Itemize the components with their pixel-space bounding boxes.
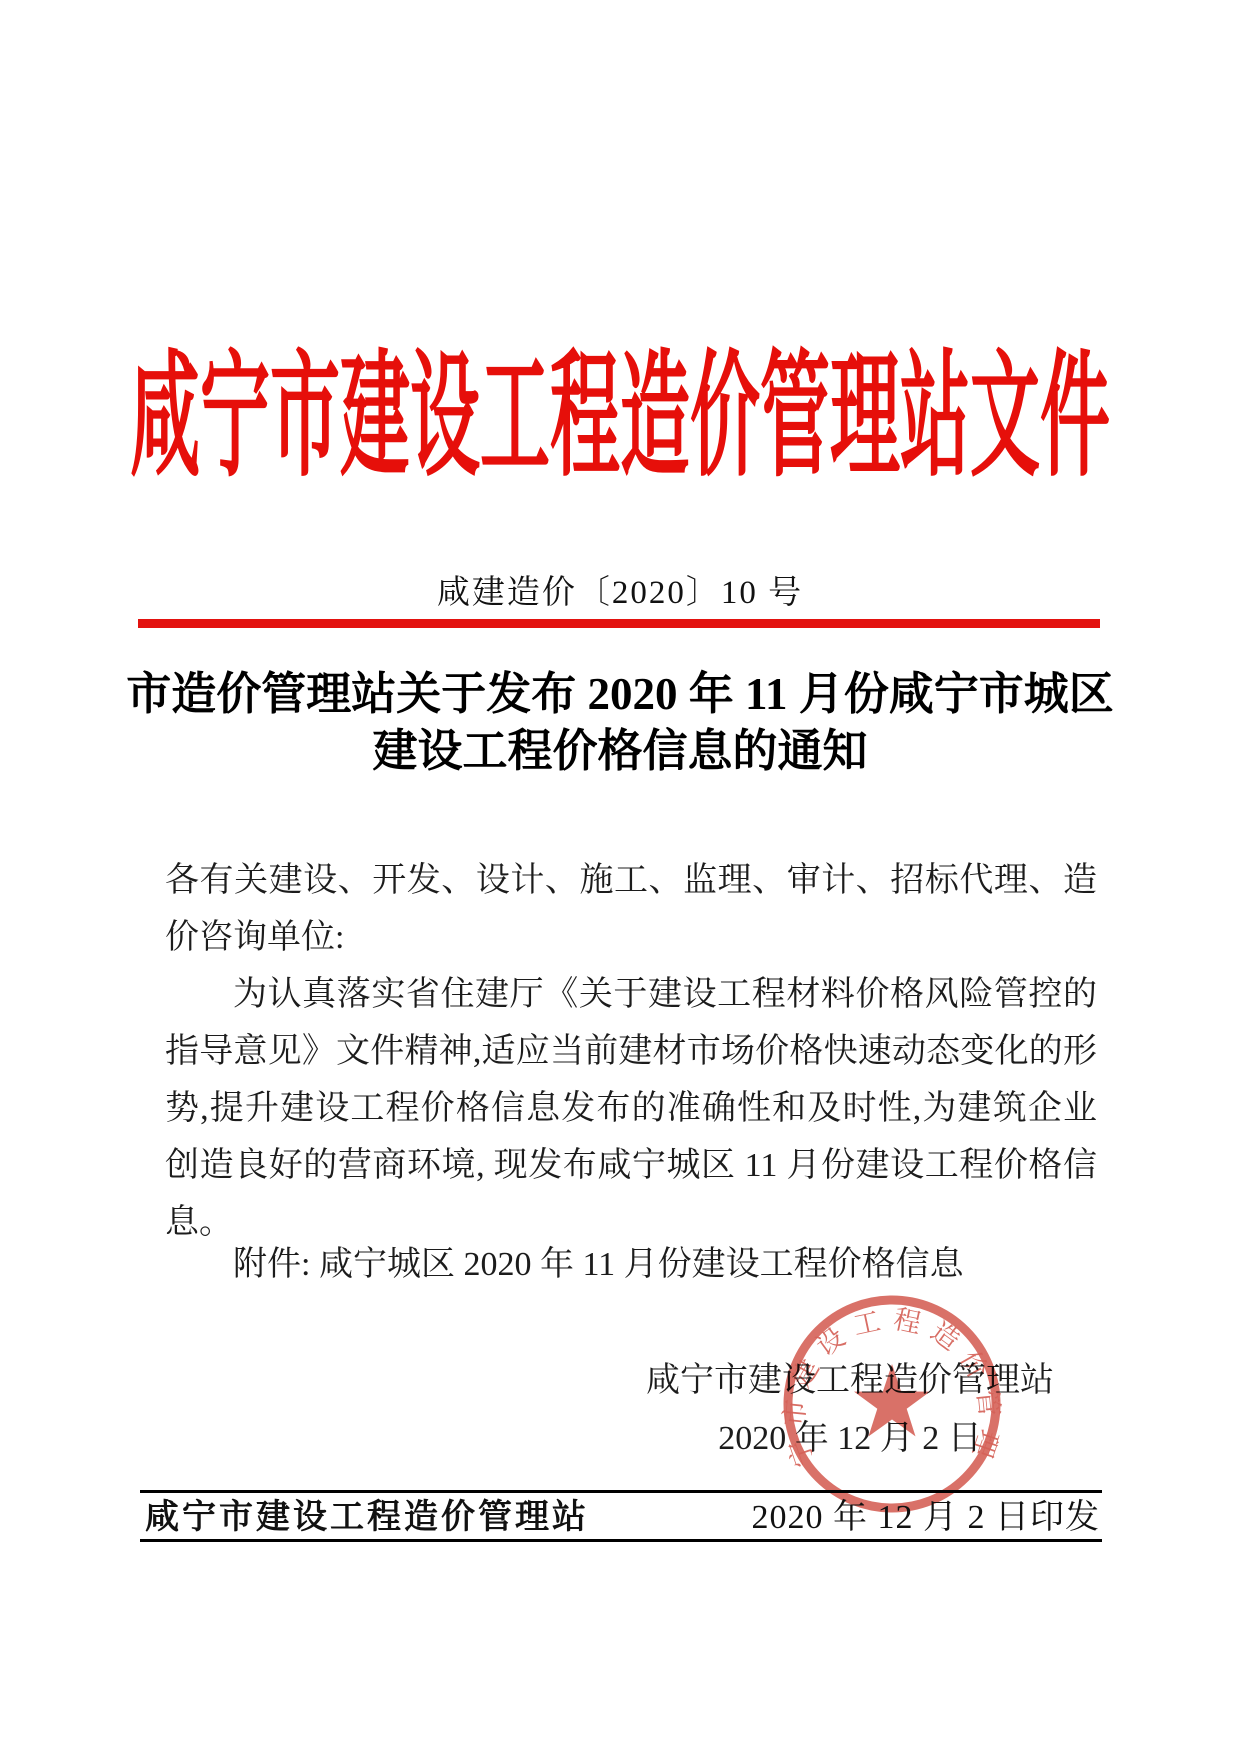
footer-print-date: 2020 年 12 月 2 日印发 [752,1498,1101,1538]
document-page: 咸宁市建设工程造价管理站文件 咸建造价〔2020〕10 号 市造价管理站关于发布… [0,0,1240,1753]
notice-title-line1: 市造价管理站关于发布 2020 年 11 月份咸宁市城区 [70,666,1170,723]
footer-row: 咸宁市建设工程造价管理站 2020 年 12 月 2 日印发 [145,1498,1100,1538]
footer-rule-bottom [140,1539,1102,1542]
notice-title-line2: 建设工程价格信息的通知 [70,723,1170,780]
footer-rule-top [140,1490,1102,1493]
notice-body: 各有关建设、开发、设计、施工、监理、审计、招标代理、造价咨询单位: 为认真落实省… [165,852,1097,1251]
footer-issuing-organization: 咸宁市建设工程造价管理站 [145,1498,589,1538]
salutation: 各有关建设、开发、设计、施工、监理、审计、招标代理、造价咨询单位: [165,852,1097,966]
official-seal: 咸宁市建设工程造价管理站 [772,1282,1012,1522]
main-paragraph: 为认真落实省住建厅《关于建设工程材料价格风险管控的指导意见》文件精神,适应当前建… [165,966,1097,1251]
red-header-banner-title: 咸宁市建设工程造价管理站文件 [0,352,1240,489]
attachment-line: 附件: 咸宁城区 2020 年 11 月份建设工程价格信息 [165,1245,1097,1285]
document-number: 咸建造价〔2020〕10 号 [0,566,1240,613]
red-divider-rule [138,619,1100,628]
seal-star-icon [854,1364,930,1436]
notice-title: 市造价管理站关于发布 2020 年 11 月份咸宁市城区 建设工程价格信息的通知 [70,666,1170,780]
